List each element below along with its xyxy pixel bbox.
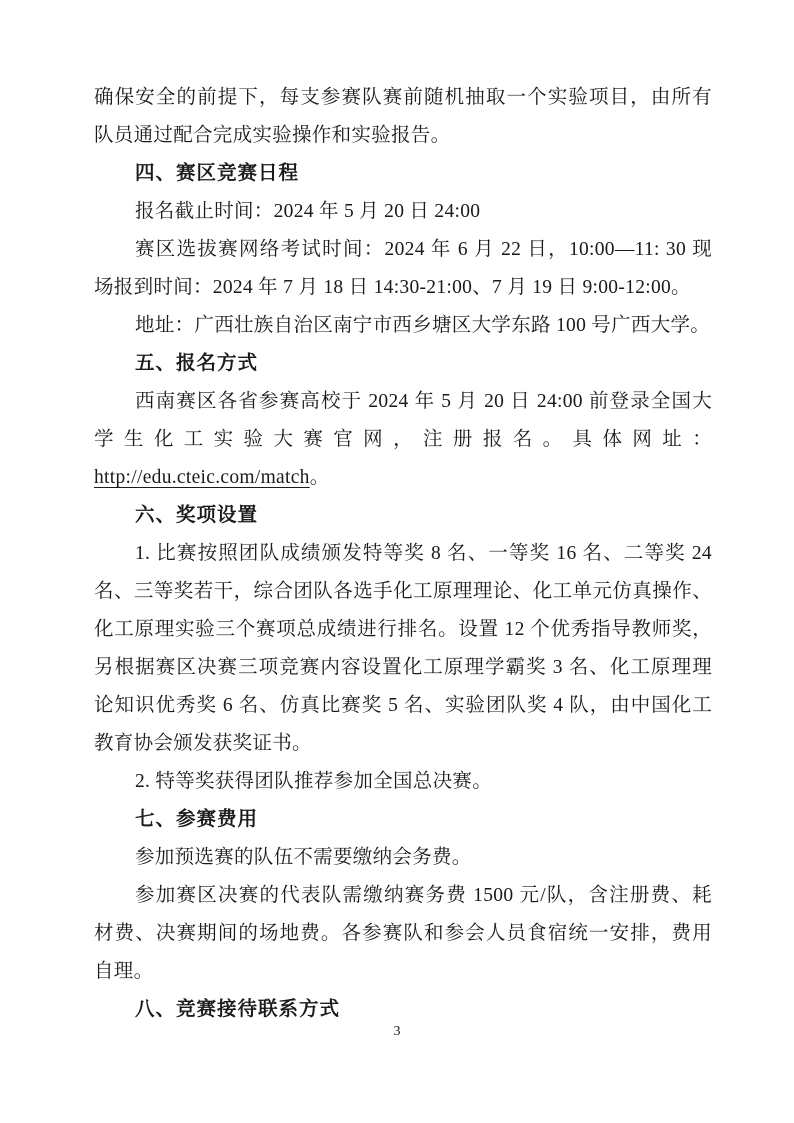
body-line: 报名截止时间：2024 年 5 月 20 日 24:00	[94, 193, 712, 231]
url-suffix-punctuation: 。	[310, 467, 330, 488]
hyperlink-line: http://edu.cteic.com/match。	[94, 459, 712, 497]
registration-url-link[interactable]: http://edu.cteic.com/match	[94, 467, 310, 488]
body-line: 场报到时间：2024 年 7 月 18 日 14:30-21:00、7 月 19…	[94, 269, 712, 307]
section-heading: 五、报名方式	[94, 345, 712, 383]
document-body: 确保安全的前提下，每支参赛队赛前随机抽取一个实验项目，由所有队员通过配合完成实验…	[94, 79, 712, 1029]
body-line: 另根据赛区决赛三项竞赛内容设置化工原理学霸奖 3 名、化工原理理	[94, 649, 712, 687]
body-line: 队员通过配合完成实验操作和实验报告。	[94, 117, 712, 155]
body-line: 西南赛区各省参赛高校于 2024 年 5 月 20 日 24:00 前登录全国大	[94, 383, 712, 421]
body-line: 学生化工实验大赛官网，注册报名。具体网址：	[94, 421, 712, 459]
page-footer: 3	[0, 1020, 794, 1044]
body-line: 参加预选赛的队伍不需要缴纳会务费。	[94, 839, 712, 877]
page-number: 3	[394, 1024, 401, 1039]
body-line: 确保安全的前提下，每支参赛队赛前随机抽取一个实验项目，由所有	[94, 79, 712, 117]
body-line: 2. 特等奖获得团队推荐参加全国总决赛。	[94, 763, 712, 801]
body-line: 地址：广西壮族自治区南宁市西乡塘区大学东路 100 号广西大学。	[94, 307, 712, 345]
section-heading: 四、赛区竞赛日程	[94, 155, 712, 193]
body-line: 化工原理实验三个赛项总成绩进行排名。设置 12 个优秀指导教师奖，	[94, 611, 712, 649]
body-line: 教育协会颁发获奖证书。	[94, 725, 712, 763]
section-heading: 七、参赛费用	[94, 801, 712, 839]
body-line: 论知识优秀奖 6 名、仿真比赛奖 5 名、实验团队奖 4 队，由中国化工	[94, 687, 712, 725]
body-line: 自理。	[94, 953, 712, 991]
document-page: 确保安全的前提下，每支参赛队赛前随机抽取一个实验项目，由所有队员通过配合完成实验…	[0, 0, 794, 1123]
body-line: 参加赛区决赛的代表队需缴纳赛务费 1500 元/队，含注册费、耗	[94, 877, 712, 915]
body-line: 1. 比赛按照团队成绩颁发特等奖 8 名、一等奖 16 名、二等奖 24	[94, 535, 712, 573]
section-heading: 六、奖项设置	[94, 497, 712, 535]
body-line: 赛区选拔赛网络考试时间：2024 年 6 月 22 日，10:00—11: 30…	[94, 231, 712, 269]
body-line: 材费、决赛期间的场地费。各参赛队和参会人员食宿统一安排，费用	[94, 915, 712, 953]
body-line: 名、三等奖若干，综合团队各选手化工原理理论、化工单元仿真操作、	[94, 573, 712, 611]
